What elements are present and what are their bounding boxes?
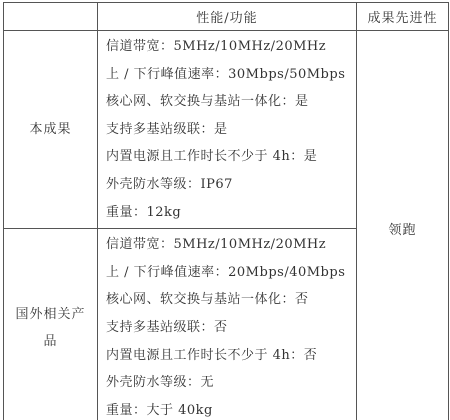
row-label: 国外相关产品 xyxy=(4,229,98,420)
table-row-this-result: 本成果 信道带宽：5MHz/10MHz/20MHz 上 / 下行峰值速率：30M… xyxy=(4,31,449,229)
feature-list: 信道带宽：5MHz/10MHz/20MHz 上 / 下行峰值速率：20Mbps/… xyxy=(98,229,356,420)
feature-item: 外壳防水等级：IP67 xyxy=(106,171,356,199)
header-row: 性能/功能 成果先进性 xyxy=(4,3,449,31)
feature-cell: 信道带宽：5MHz/10MHz/20MHz 上 / 下行峰值速率：20Mbps/… xyxy=(98,229,357,420)
feature-item: 重量：大于 40kg xyxy=(106,397,356,420)
feature-item: 外壳防水等级：无 xyxy=(106,369,356,397)
feature-list: 信道带宽：5MHz/10MHz/20MHz 上 / 下行峰值速率：30Mbps/… xyxy=(98,31,356,228)
advancement-cell: 领跑 xyxy=(357,31,449,420)
comparison-table: 性能/功能 成果先进性 本成果 信道带宽：5MHz/10MHz/20MHz 上 … xyxy=(3,2,449,420)
feature-item: 内置电源且工作时长不少于 4h：否 xyxy=(106,342,356,370)
feature-item: 重量：12kg xyxy=(106,199,356,227)
row-label: 本成果 xyxy=(4,31,98,229)
feature-item: 信道带宽：5MHz/10MHz/20MHz xyxy=(106,231,356,259)
header-performance: 性能/功能 xyxy=(98,3,357,31)
feature-item: 核心网、软交换与基站一体化：是 xyxy=(106,88,356,116)
feature-item: 支持多基站级联：否 xyxy=(106,314,356,342)
header-advancement: 成果先进性 xyxy=(357,3,449,31)
feature-cell: 信道带宽：5MHz/10MHz/20MHz 上 / 下行峰值速率：30Mbps/… xyxy=(98,31,357,229)
feature-item: 支持多基站级联：是 xyxy=(106,116,356,144)
feature-item: 信道带宽：5MHz/10MHz/20MHz xyxy=(106,33,356,61)
feature-item: 上 / 下行峰值速率：20Mbps/40Mbps xyxy=(106,259,356,287)
feature-item: 上 / 下行峰值速率：30Mbps/50Mbps xyxy=(106,61,356,89)
feature-item: 核心网、软交换与基站一体化：否 xyxy=(106,286,356,314)
header-empty xyxy=(4,3,98,31)
feature-item: 内置电源且工作时长不少于 4h：是 xyxy=(106,143,356,171)
